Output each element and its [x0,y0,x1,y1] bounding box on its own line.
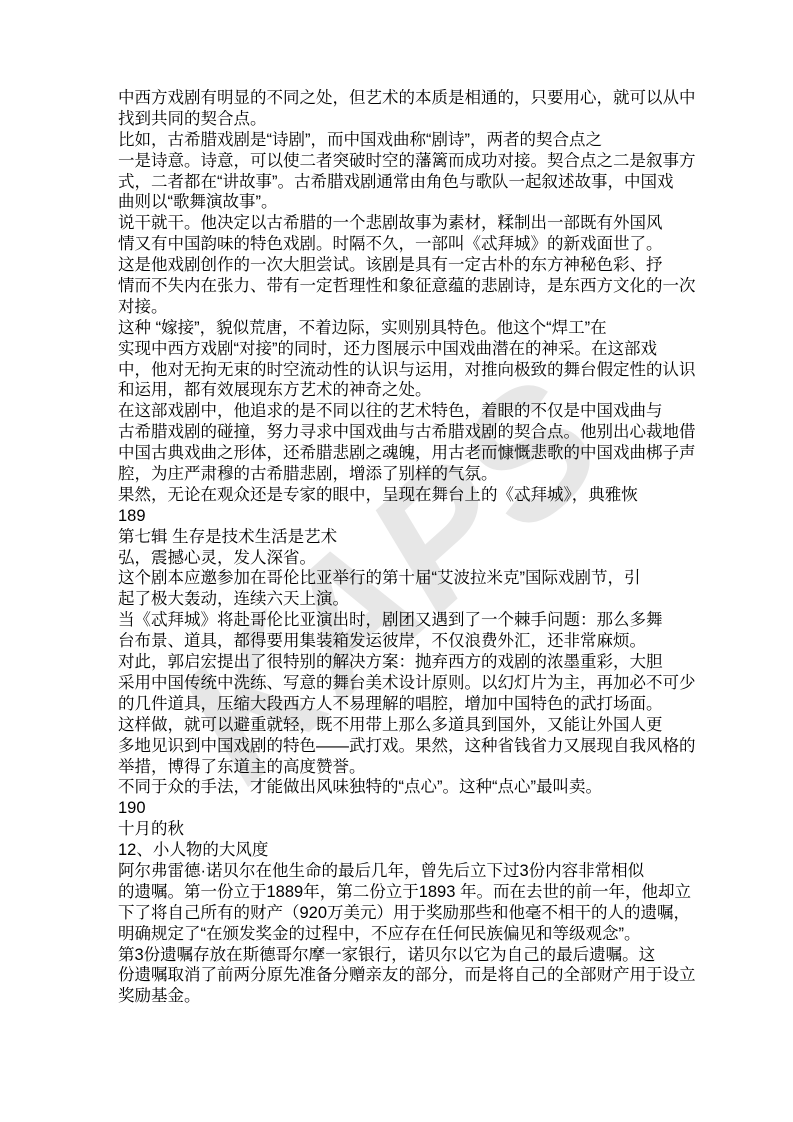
text-line: 这种 “嫁接”，貌似荒唐，不着边际，实则别具特色。他这个“焊工”在 [118,318,718,339]
text-line: 中西方戏剧有明显的不同之处，但艺术的本质是相通的，只要用心，就可以从中 [118,88,718,109]
text-line: 弘，震撼心灵，发人深省。 [118,548,718,569]
text-line: 实现中西方戏剧“对接”的同时，还力图展示中国戏曲潜在的神采。在这部戏 [118,339,718,360]
text-line: 比如，古希腊戏剧是“诗剧”，而中国戏曲称“剧诗”，两者的契合点之 [118,130,718,151]
text-line: 对此，郭启宏提出了很特别的解决方案：抛弃西方的戏剧的浓墨重彩，大胆 [118,652,718,673]
text-line: 份遗嘱取消了前两分原先准备分赠亲友的部分，而是将自己的全部财产用于设立 [118,965,718,986]
text-line: 的遗嘱。第一份立于1889年，第二份立于1893 年。而在去世的前一年，他却立 [118,882,718,903]
text-line: 中国古典戏曲之形体，还希腊悲剧之魂魄，用古老而慷慨悲歌的中国戏曲梆子声 [118,443,718,464]
text-line: 190 [118,798,718,819]
text-line: 189 [118,506,718,527]
text-line: 和运用，都有效展现东方艺术的神奇之处。 [118,380,718,401]
text-line: 式，二者都在“讲故事”。古希腊戏剧通常由角色与歌队一起叙述故事，中国戏 [118,172,718,193]
text-line: 多地见识到中国戏剧的特色——武打戏。果然，这种省钱省力又展现自我风格的 [118,736,718,757]
text-line: 不同于众的手法，才能做出风味独特的“点心”。这种“点心”最叫卖。 [118,777,718,798]
text-line: 当《忒拜城》将赴哥伦比亚演出时，剧团又遇到了一个棘手问题：那么多舞 [118,610,718,631]
text-line: 古希腊戏剧的碰撞，努力寻求中国戏曲与古希腊戏剧的契合点。他别出心裁地借 [118,422,718,443]
text-line: 台布景、道具，都得要用集装箱发运彼岸，不仅浪费外汇，还非常麻烦。 [118,631,718,652]
text-line: 采用中国传统中洗练、写意的舞台美术设计原则。以幻灯片为主，再加必不可少 [118,673,718,694]
text-line: 阿尔弗雷德·诺贝尔在他生命的最后几年，曾先后立下过3份内容非常相似 [118,861,718,882]
text-line: 第七辑 生存是技术生活是艺术 [118,527,718,548]
text-line: 一是诗意。诗意，可以使二者突破时空的藩篱而成功对接。契合点之二是叙事方 [118,151,718,172]
document-page: KAPS 中西方戏剧有明显的不同之处，但艺术的本质是相通的，只要用心，就可以从中… [0,0,793,1122]
text-line: 曲则以“歌舞演故事”。 [118,192,718,213]
text-line: 下了将自己所有的财产（920万美元）用于奖励那些和他毫不相干的人的遗嘱， [118,903,718,924]
text-line: 中，他对无拘无束的时空流动性的认识与运用，对推向极致的舞台假定性的认识 [118,360,718,381]
text-line: 情又有中国韵味的特色戏剧。时隔不久，一部叫《忒拜城》的新戏面世了。 [118,234,718,255]
text-line: 奖励基金。 [118,986,718,1007]
text-line: 的几件道具，压缩大段西方人不易理解的唱腔，增加中国特色的武打场面。 [118,694,718,715]
text-line: 起了极大轰动，连续六天上演。 [118,589,718,610]
text-line: 这是他戏剧创作的一次大胆尝试。该剧是具有一定古朴的东方神秘色彩、抒 [118,255,718,276]
text-line: 说干就干。他决定以古希腊的一个悲剧故事为素材，糅制出一部既有外国风 [118,213,718,234]
text-line: 腔，为庄严肃穆的古希腊悲剧，增添了别样的气氛。 [118,464,718,485]
text-line: 明确规定了“在颁发奖金的过程中，不应存在任何民族偏见和等级观念”。 [118,924,718,945]
text-line: 12、小人物的大风度 [118,840,718,861]
text-line: 在这部戏剧中，他追求的是不同以往的艺术特色，着眼的不仅是中国戏曲与 [118,401,718,422]
text-block: 中西方戏剧有明显的不同之处，但艺术的本质是相通的，只要用心，就可以从中找到共同的… [118,88,718,1007]
text-line: 这个剧本应邀参加在哥伦比亚举行的第十届“艾波拉米克”国际戏剧节，引 [118,568,718,589]
text-line: 十月的秋 [118,819,718,840]
text-line: 第3份遗嘱存放在斯德哥尔摩一家银行，诺贝尔以它为自己的最后遗嘱。这 [118,945,718,966]
text-line: 对接。 [118,297,718,318]
text-line: 情而不失内在张力、带有一定哲理性和象征意蕴的悲剧诗，是东西方文化的一次 [118,276,718,297]
text-line: 找到共同的契合点。 [118,109,718,130]
text-line: 果然，无论在观众还是专家的眼中，呈现在舞台上的《忒拜城》，典雅恢 [118,485,718,506]
text-line: 这样做，就可以避重就轻，既不用带上那么多道具到国外，又能让外国人更 [118,715,718,736]
text-line: 举措，博得了东道主的高度赞誉。 [118,757,718,778]
